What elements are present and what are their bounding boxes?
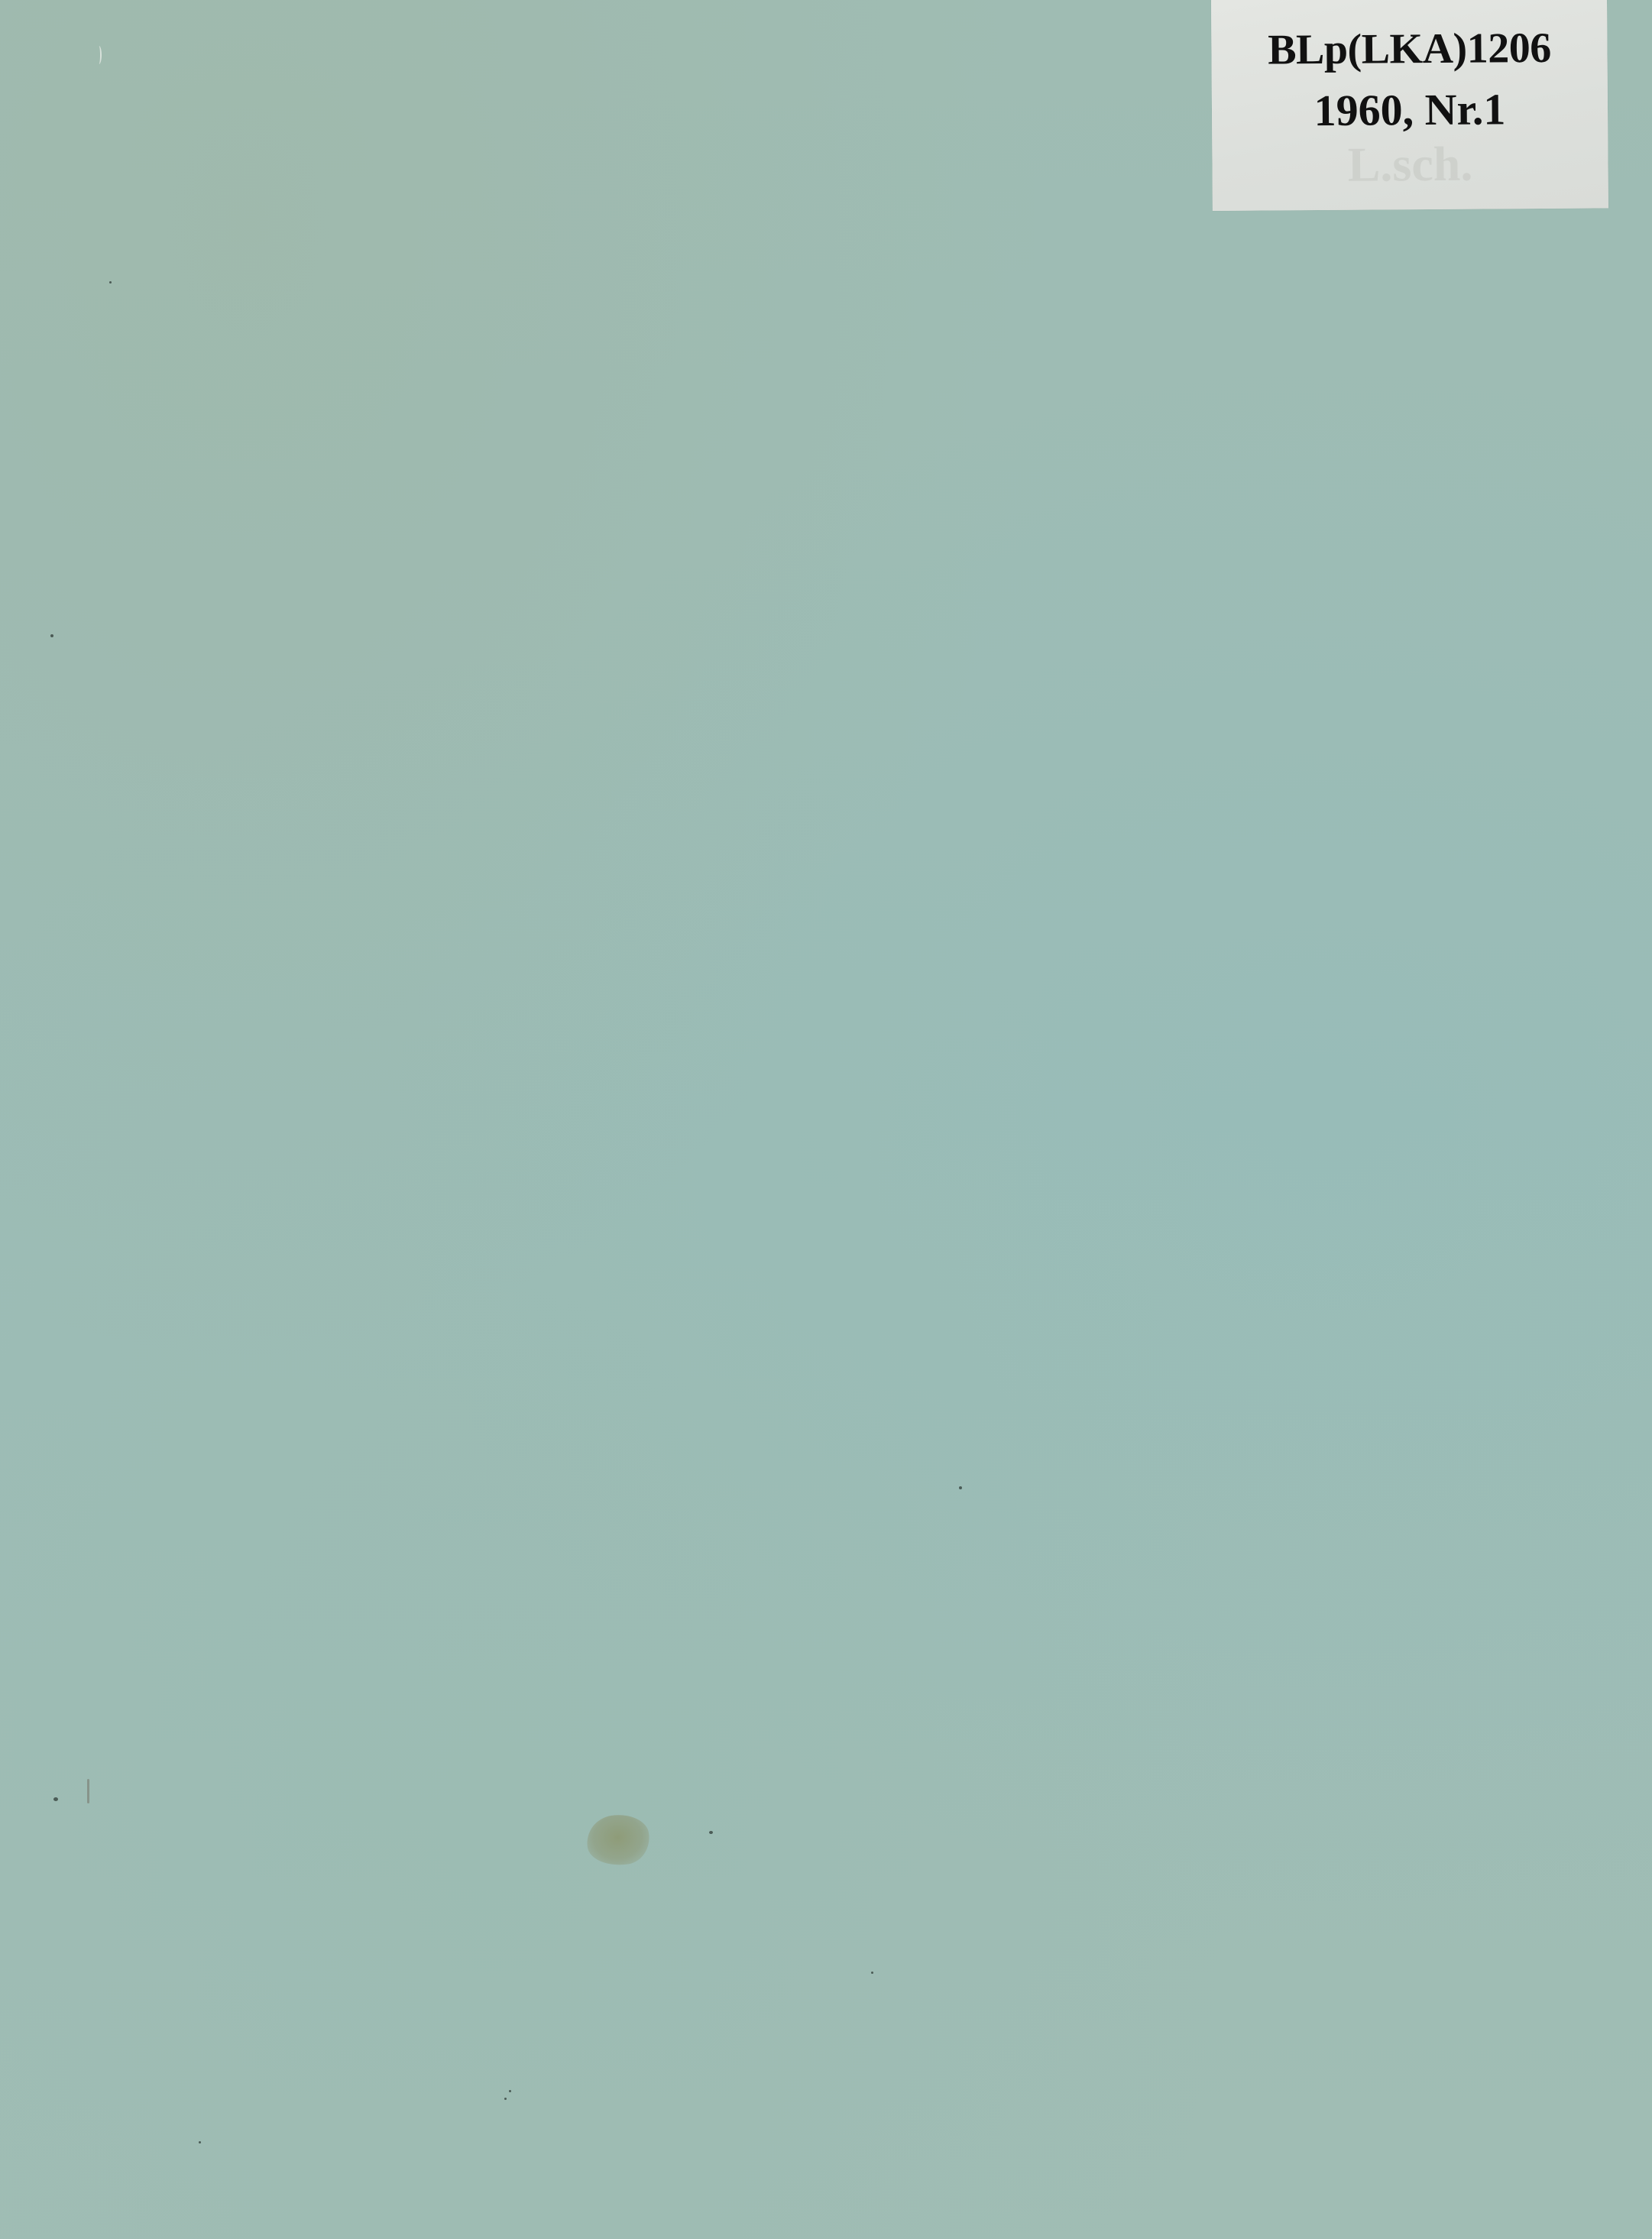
shelfmark-volume: 1960, Nr.1 bbox=[1212, 83, 1608, 137]
paper-speck bbox=[509, 2090, 511, 2092]
shelfmark-label: L.sch. BLp(LKA)1206 1960, Nr.1 bbox=[1211, 0, 1608, 211]
paper-speck bbox=[50, 634, 53, 637]
paper-speck bbox=[871, 1972, 873, 1974]
paper-speck bbox=[109, 281, 112, 284]
cover-page: L.sch. BLp(LKA)1206 1960, Nr.1 bbox=[0, 0, 1652, 2239]
paper-speck bbox=[959, 1486, 962, 1489]
paper-speck bbox=[504, 2098, 507, 2100]
shelfmark-code: BLp(LKA)1206 bbox=[1211, 23, 1607, 75]
paper-speck bbox=[53, 1797, 58, 1801]
paper-speck bbox=[199, 2141, 201, 2143]
paper-stain bbox=[584, 1811, 653, 1870]
paper-crease-mark bbox=[96, 46, 102, 64]
faded-label-text: L.sch. bbox=[1212, 134, 1608, 194]
paper-scratch-mark bbox=[87, 1779, 89, 1803]
paper-speck bbox=[709, 1831, 713, 1834]
